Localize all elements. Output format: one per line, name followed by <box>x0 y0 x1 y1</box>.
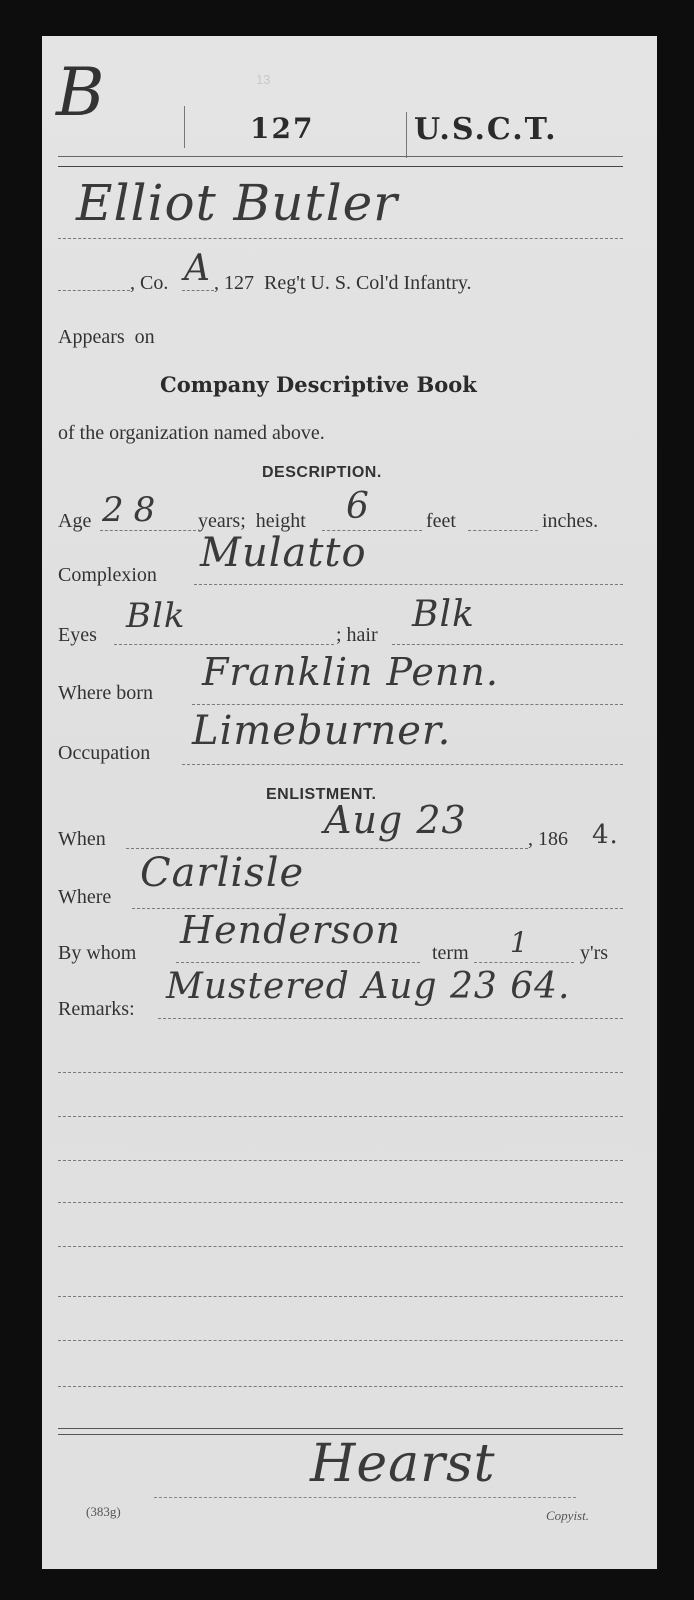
remarks-line-5 <box>58 1202 623 1203</box>
by-whom-value[interactable]: Henderson <box>180 908 401 952</box>
faint-mark: 13 <box>256 72 270 87</box>
hair-label: ; hair <box>336 624 378 647</box>
occupation-line <box>182 764 623 765</box>
remarks-line-9 <box>58 1386 623 1387</box>
name-line <box>58 238 623 239</box>
age-value[interactable]: 28 <box>102 490 165 530</box>
organization-subtitle: of the organization named above. <box>58 422 325 445</box>
header-rule-bottom <box>58 166 623 167</box>
book-title: Company Descriptive Book <box>160 372 477 397</box>
by-whom-line <box>176 962 420 963</box>
height-feet-value[interactable]: 6 <box>346 486 370 527</box>
term-value[interactable]: 1 <box>510 926 529 959</box>
header-rule-top <box>58 156 623 157</box>
unit-abbrev: U.S.C.T. <box>414 112 558 147</box>
complexion-line <box>194 584 623 585</box>
age-label: Age <box>58 510 91 533</box>
born-line <box>192 704 623 705</box>
year-suffix[interactable]: 4. <box>592 820 619 850</box>
eyes-label: Eyes <box>58 624 97 647</box>
copyist-signature[interactable]: Hearst <box>310 1434 496 1494</box>
term-label: term <box>432 942 469 965</box>
when-value[interactable]: Aug 23 <box>324 798 467 842</box>
soldier-name[interactable]: Elliot Butler <box>76 168 398 238</box>
header-separator-1 <box>184 106 185 148</box>
occupation-value[interactable]: Limeburner. <box>192 708 451 754</box>
regiment-text: , 127 Reg't U. S. Col'd Infantry. <box>214 272 472 295</box>
copyist-line <box>154 1497 576 1498</box>
inches-label: inches. <box>542 510 598 533</box>
remarks-label: Remarks: <box>58 998 135 1021</box>
rank-blank-line <box>58 290 130 291</box>
year-prefix: , 186 <box>528 828 568 851</box>
term-line <box>474 962 574 963</box>
appears-label: Appears on <box>58 326 155 349</box>
muster-card: B 13 127 U.S.C.T. Elliot Butler , Co. A … <box>42 36 657 1569</box>
complexion-label: Complexion <box>58 564 157 587</box>
hair-line <box>392 644 623 645</box>
header-separator-2 <box>406 112 407 158</box>
when-line <box>126 848 528 849</box>
complexion-value[interactable]: Mulatto <box>200 530 367 576</box>
occupation-label: Occupation <box>58 742 150 765</box>
born-value[interactable]: Franklin Penn. <box>202 650 499 694</box>
age-line <box>100 530 196 531</box>
header-letter: B <box>56 58 106 128</box>
form-number: (383g) <box>86 1504 121 1520</box>
hair-value[interactable]: Blk <box>412 594 475 635</box>
regiment-number: 127 <box>250 112 314 145</box>
born-label: Where born <box>58 682 153 705</box>
remarks-line-4 <box>58 1160 623 1161</box>
footer-rule-top <box>58 1428 623 1429</box>
eyes-value[interactable]: Blk <box>126 596 185 636</box>
co-label: , Co. <box>130 272 168 295</box>
term-unit-label: y'rs <box>580 942 608 965</box>
remarks-line-7 <box>58 1296 623 1297</box>
company-line <box>182 290 214 291</box>
height-inches-line <box>468 530 538 531</box>
company-letter[interactable]: A <box>184 248 211 289</box>
when-label: When <box>58 828 106 851</box>
remarks-line-8 <box>58 1340 623 1341</box>
remarks-line-6 <box>58 1246 623 1247</box>
copyist-label: Copyist. <box>546 1508 589 1524</box>
description-heading: DESCRIPTION. <box>262 464 382 482</box>
remarks-value[interactable]: Mustered Aug 23 64. <box>166 966 570 1007</box>
by-whom-label: By whom <box>58 942 136 965</box>
feet-label: feet <box>426 510 456 533</box>
remarks-line-2 <box>58 1072 623 1073</box>
eyes-line <box>114 644 334 645</box>
where-value[interactable]: Carlisle <box>140 850 304 896</box>
remarks-line-3 <box>58 1116 623 1117</box>
remarks-line-1 <box>158 1018 623 1019</box>
where-label: Where <box>58 886 111 909</box>
